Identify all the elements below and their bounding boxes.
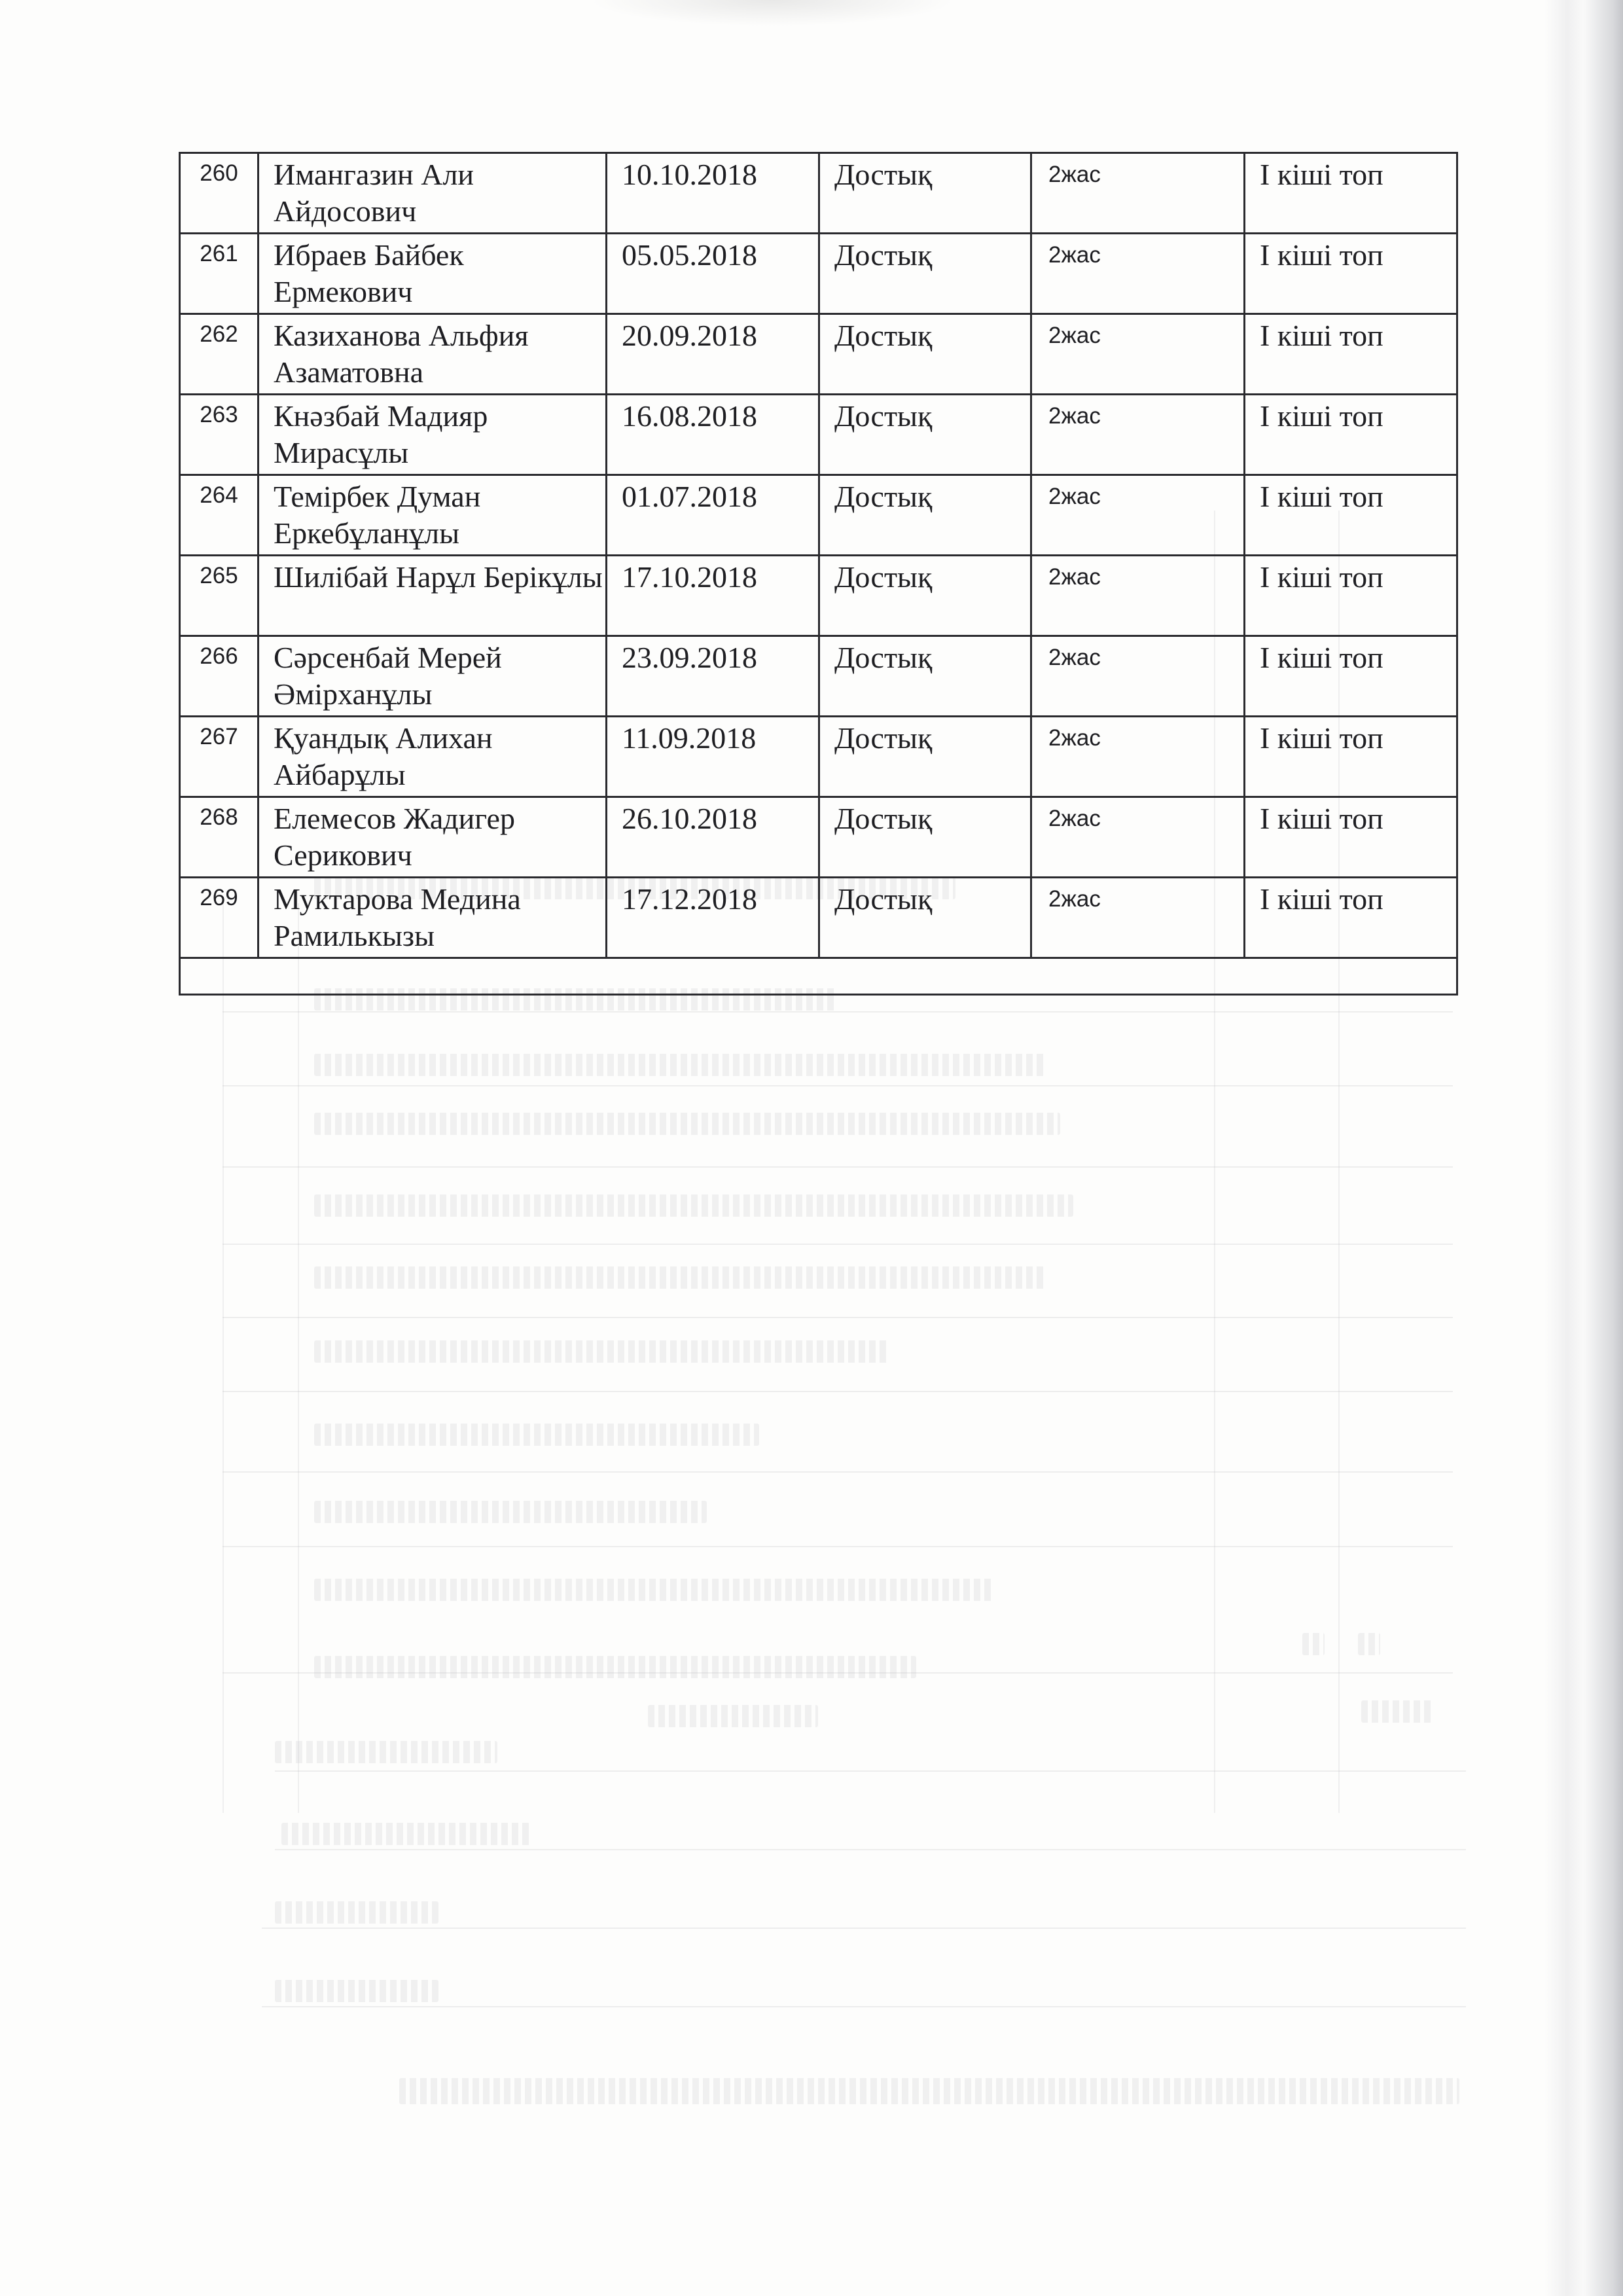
children-roster-table: 260 Имангазин Али Айдосович 10.10.2018 Д… xyxy=(179,152,1458,996)
child-full-name: Ибраев Байбек Ермекович xyxy=(259,234,607,314)
age: 2жас xyxy=(1031,717,1245,797)
birth-date: 10.10.2018 xyxy=(607,153,819,234)
kindergarten-name: Достық xyxy=(819,556,1031,636)
birth-date: 11.09.2018 xyxy=(607,717,819,797)
group-name: І кіші топ xyxy=(1245,717,1457,797)
row-number: 263 xyxy=(180,395,259,475)
age: 2жас xyxy=(1031,475,1245,556)
birth-date: 16.08.2018 xyxy=(607,395,819,475)
kindergarten-name: Достық xyxy=(819,153,1031,234)
age: 2жас xyxy=(1031,878,1245,958)
row-number: 265 xyxy=(180,556,259,636)
kindergarten-name: Достық xyxy=(819,636,1031,717)
table-row: 260 Имангазин Али Айдосович 10.10.2018 Д… xyxy=(180,153,1457,234)
row-number: 269 xyxy=(180,878,259,958)
group-name: І кіші топ xyxy=(1245,153,1457,234)
table-row: 269 Муктарова Медина Рамилькызы 17.12.20… xyxy=(180,878,1457,958)
scanner-edge-shadow xyxy=(1544,0,1623,2296)
group-name: І кіші топ xyxy=(1245,556,1457,636)
child-full-name: Сәрсенбай Мерей Әмірханұлы xyxy=(259,636,607,717)
child-full-name: Кнәзбай Мадияр Мирасұлы xyxy=(259,395,607,475)
kindergarten-name: Достық xyxy=(819,475,1031,556)
child-full-name: Елемесов Жадигер Серикович xyxy=(259,797,607,878)
table-row: 262 Казиханова Альфия Азаматовна 20.09.2… xyxy=(180,314,1457,395)
kindergarten-name: Достық xyxy=(819,234,1031,314)
table-row: 261 Ибраев Байбек Ермекович 05.05.2018 Д… xyxy=(180,234,1457,314)
table-row: 268 Елемесов Жадигер Серикович 26.10.201… xyxy=(180,797,1457,878)
kindergarten-name: Достық xyxy=(819,797,1031,878)
row-number: 266 xyxy=(180,636,259,717)
birth-date: 20.09.2018 xyxy=(607,314,819,395)
kindergarten-name: Достық xyxy=(819,878,1031,958)
age: 2жас xyxy=(1031,314,1245,395)
group-name: І кіші топ xyxy=(1245,234,1457,314)
birth-date: 17.12.2018 xyxy=(607,878,819,958)
birth-date: 01.07.2018 xyxy=(607,475,819,556)
child-full-name: Шилібай Нарұл Берікұлы xyxy=(259,556,607,636)
child-full-name: Қуандық Алихан Айбарұлы xyxy=(259,717,607,797)
age: 2жас xyxy=(1031,556,1245,636)
row-number: 260 xyxy=(180,153,259,234)
empty-merged-cell xyxy=(180,958,1457,995)
child-full-name: Казиханова Альфия Азаматовна xyxy=(259,314,607,395)
child-full-name: Имангазин Али Айдосович xyxy=(259,153,607,234)
group-name: І кіші топ xyxy=(1245,636,1457,717)
birth-date: 17.10.2018 xyxy=(607,556,819,636)
age: 2жас xyxy=(1031,234,1245,314)
age: 2жас xyxy=(1031,797,1245,878)
table-row: 263 Кнәзбай Мадияр Мирасұлы 16.08.2018 Д… xyxy=(180,395,1457,475)
age: 2жас xyxy=(1031,153,1245,234)
kindergarten-name: Достық xyxy=(819,717,1031,797)
group-name: І кіші топ xyxy=(1245,878,1457,958)
age: 2жас xyxy=(1031,395,1245,475)
scan-noise xyxy=(589,0,955,26)
kindergarten-name: Достық xyxy=(819,314,1031,395)
child-full-name: Темірбек Думан Еркебұланұлы xyxy=(259,475,607,556)
kindergarten-name: Достық xyxy=(819,395,1031,475)
table-row: 266 Сәрсенбай Мерей Әмірханұлы 23.09.201… xyxy=(180,636,1457,717)
group-name: І кіші топ xyxy=(1245,475,1457,556)
age: 2жас xyxy=(1031,636,1245,717)
row-number: 268 xyxy=(180,797,259,878)
birth-date: 23.09.2018 xyxy=(607,636,819,717)
row-number: 267 xyxy=(180,717,259,797)
row-number: 262 xyxy=(180,314,259,395)
group-name: І кіші топ xyxy=(1245,395,1457,475)
table-row: 265 Шилібай Нарұл Берікұлы 17.10.2018 До… xyxy=(180,556,1457,636)
birth-date: 26.10.2018 xyxy=(607,797,819,878)
child-full-name: Муктарова Медина Рамилькызы xyxy=(259,878,607,958)
table-row: 267 Қуандық Алихан Айбарұлы 11.09.2018 Д… xyxy=(180,717,1457,797)
roster-body: 260 Имангазин Али Айдосович 10.10.2018 Д… xyxy=(180,153,1457,995)
birth-date: 05.05.2018 xyxy=(607,234,819,314)
table-row: 264 Темірбек Думан Еркебұланұлы 01.07.20… xyxy=(180,475,1457,556)
row-number: 261 xyxy=(180,234,259,314)
group-name: І кіші топ xyxy=(1245,797,1457,878)
group-name: І кіші топ xyxy=(1245,314,1457,395)
table-empty-row xyxy=(180,958,1457,995)
row-number: 264 xyxy=(180,475,259,556)
